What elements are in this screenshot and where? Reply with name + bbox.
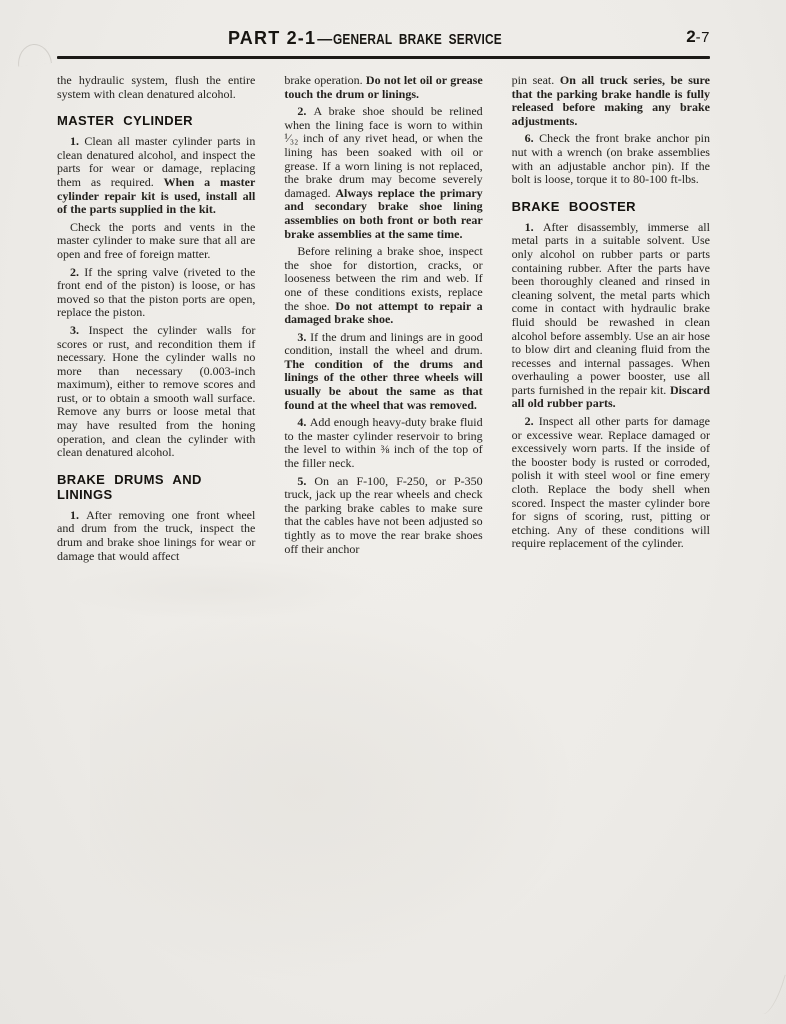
paragraph: 5. On an F-100, F-250, or P-350 truck, j… bbox=[284, 475, 482, 557]
bold-text: 4. bbox=[297, 415, 309, 429]
paragraph: 2. Inspect all other parts for damage or… bbox=[512, 415, 710, 551]
paragraph: brake operation. Do not let oil or greas… bbox=[284, 74, 482, 101]
bold-text: 3. bbox=[70, 323, 89, 337]
paragraph: 1. After removing one front wheel and dr… bbox=[57, 509, 255, 563]
body-text: After disassembly, immerse all metal par… bbox=[512, 220, 710, 397]
body-text: Inspect the cylinder walls for scores or… bbox=[57, 323, 255, 459]
paragraph: 6. Check the front brake anchor pin nut … bbox=[512, 132, 710, 186]
column-3: pin seat. On all truck series, be sure t… bbox=[512, 74, 710, 567]
body-text: Check the ports and vents in the master … bbox=[57, 220, 255, 261]
section-heading: MASTER CYLINDER bbox=[57, 113, 255, 128]
header-rule bbox=[57, 56, 710, 59]
bold-text: 6. bbox=[525, 131, 540, 145]
page-number-major: 2 bbox=[686, 27, 695, 46]
paragraph: pin seat. On all truck series, be sure t… bbox=[512, 74, 710, 128]
bold-text: 5. bbox=[297, 474, 314, 488]
page-number: 2-7 bbox=[686, 26, 710, 49]
part-label: PART 2-1 bbox=[228, 28, 316, 48]
body-text: Check the front brake anchor pin nut wit… bbox=[512, 131, 710, 186]
body-text: Inspect all other parts for damage or ex… bbox=[512, 414, 710, 550]
paragraph: 3. Inspect the cylinder walls for scores… bbox=[57, 324, 255, 460]
bold-text: 2. bbox=[297, 104, 313, 118]
body-text: If the drum and linings are in good cond… bbox=[284, 330, 482, 358]
header-row: PART 2-1—GENERAL BRAKE SERVICE 2-7 bbox=[57, 27, 710, 49]
column-2: brake operation. Do not let oil or greas… bbox=[284, 74, 482, 567]
section-heading: BRAKE DRUMS AND LININGS bbox=[57, 472, 255, 502]
page-title: PART 2-1—GENERAL BRAKE SERVICE bbox=[228, 27, 539, 51]
page-number-minor: -7 bbox=[696, 29, 710, 46]
paragraph: 2. A brake shoe should be relined when t… bbox=[284, 105, 482, 241]
paragraph: the hydraulic system, flush the entire s… bbox=[57, 74, 255, 101]
body-text: the hydraulic system, flush the entire s… bbox=[57, 73, 255, 101]
content-columns: the hydraulic system, flush the entire s… bbox=[57, 74, 710, 567]
page-header: PART 2-1—GENERAL BRAKE SERVICE 2-7 bbox=[57, 27, 710, 59]
paragraph: 4. Add enough heavy-duty brake fluid to … bbox=[284, 416, 482, 470]
manual-page: PART 2-1—GENERAL BRAKE SERVICE 2-7 the h… bbox=[0, 0, 786, 1024]
paragraph: Check the ports and vents in the master … bbox=[57, 221, 255, 262]
bold-text: 3. bbox=[297, 330, 310, 344]
bold-text: The condition of the drums and linings o… bbox=[284, 357, 482, 412]
paragraph: Before relining a brake shoe, inspect th… bbox=[284, 245, 482, 327]
body-text: After removing one front wheel and drum … bbox=[57, 508, 255, 563]
bold-text: 1. bbox=[70, 134, 84, 148]
scan-bleedthrough-smudge bbox=[90, 600, 570, 980]
bold-text: 1. bbox=[70, 508, 86, 522]
body-text: brake operation. bbox=[284, 73, 366, 87]
column-1: the hydraulic system, flush the entire s… bbox=[57, 74, 255, 567]
body-text: pin seat. bbox=[512, 73, 560, 87]
body-text: If the spring valve (riveted to the fron… bbox=[57, 265, 255, 320]
section-heading: BRAKE BOOSTER bbox=[512, 199, 710, 214]
body-text: On an F-100, F-250, or P-350 truck, jack… bbox=[284, 474, 482, 556]
bold-text: 1. bbox=[525, 220, 543, 234]
paragraph: 1. After disassembly, immerse all metal … bbox=[512, 221, 710, 411]
section-title: GENERAL BRAKE SERVICE bbox=[333, 29, 502, 51]
body-text: Add enough heavy-duty brake fluid to the… bbox=[284, 415, 482, 470]
bold-text: 2. bbox=[525, 414, 539, 428]
paragraph: 1. Clean all master cylinder parts in cl… bbox=[57, 135, 255, 217]
scan-mark-stroke bbox=[759, 971, 786, 1017]
scan-bleedthrough-smudge-small bbox=[60, 560, 380, 620]
scan-mark-arc bbox=[16, 42, 52, 66]
bold-text: 2. bbox=[70, 265, 84, 279]
title-dash: — bbox=[317, 31, 332, 48]
paragraph: 2. If the spring valve (riveted to the f… bbox=[57, 266, 255, 320]
paragraph: 3. If the drum and linings are in good c… bbox=[284, 331, 482, 413]
